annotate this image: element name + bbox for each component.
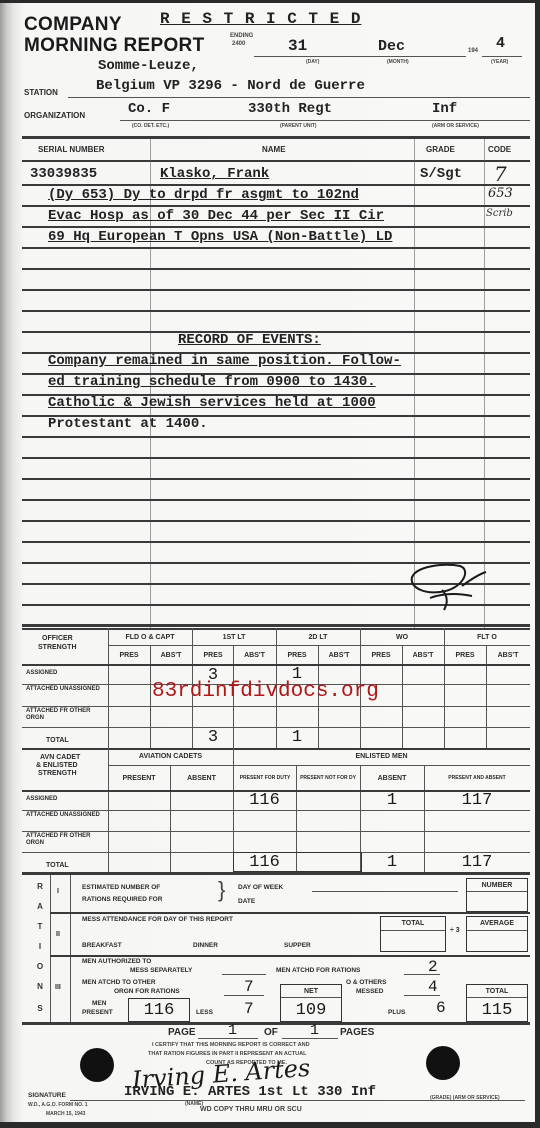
watermark: 83rdinfdivdocs.org [152, 680, 379, 703]
signer-typed-name: IRVING E. ARTES 1st Lt 330 Inf [124, 1084, 376, 1100]
sub-col-absent: ABSENT [170, 766, 233, 790]
net-label: NET [280, 985, 342, 997]
atchd-other-label-1: MEN ATCHD TO OTHER [82, 979, 156, 986]
rations-side-letter: S [34, 1004, 46, 1013]
ruled-line [22, 205, 530, 207]
ruled-line [22, 310, 530, 312]
signature-label: SIGNATURE [28, 1092, 66, 1099]
total-present-and-absent: 117 [424, 852, 530, 872]
remark-line-1: (Dy 653) Dy to drpd fr asgmt to 102nd [48, 187, 359, 203]
o-others-label-2: MESSED [356, 988, 383, 995]
organization-arm: Inf [432, 101, 457, 117]
event-line-3: Catholic & Jewish services held at 1000 [48, 395, 376, 411]
col-header-name: NAME [262, 145, 286, 154]
event-line-2: ed training schedule from 0900 to 1430. [48, 374, 376, 390]
ruled-line [22, 226, 530, 228]
divide-by-three: ÷ 3 [450, 926, 460, 935]
ruled-line [22, 289, 530, 291]
row-label-attached-unassigned: ATTACHED UNASSIGNED [26, 686, 104, 693]
group-2d-lt: 2D LT [276, 630, 360, 644]
record-of-events-heading: RECORD OF EVENTS: [178, 332, 321, 348]
code-handwritten: 7 [494, 162, 507, 186]
section-i-numeral: I [57, 888, 59, 895]
month-caption: (MONTH) [387, 59, 409, 65]
ruled-line [22, 268, 530, 270]
section-iii-numeral: III [55, 984, 61, 991]
row-label-total: TOTAL [46, 737, 69, 744]
rule [467, 930, 527, 931]
mess-total-label: TOTAL [380, 917, 446, 929]
ruled-line [22, 541, 530, 543]
rations-side-letter: I [34, 942, 46, 951]
organization-parent: 330th Regt [248, 101, 332, 117]
sub-col-pres: PRES [276, 646, 318, 664]
total-absent: 1 [360, 852, 424, 872]
distribution-note: WD COPY THRU MRU OR SCU [200, 1106, 302, 1113]
org-caption-arm: (ARM OR SERVICE) [432, 123, 479, 129]
page-number: 1 [228, 1022, 237, 1039]
ending-label-bottom: 2400 [232, 41, 245, 47]
form-title-morning-report: MORNING REPORT [24, 35, 204, 57]
atchd-for-rations-label: MEN ATCHD FOR RATIONS [276, 967, 360, 974]
day-of-week-line [312, 891, 458, 892]
rations-estimated-label-1: ESTIMATED NUMBER OF [82, 884, 160, 891]
scan-edge-right [535, 0, 540, 1128]
group-flt-o: FLT O [444, 630, 530, 644]
o-others-value: 4 [428, 978, 438, 996]
dinner-label: DINNER [193, 942, 218, 949]
group-fld-o-capt: FLD O & CAPT [108, 630, 192, 644]
initials-scribble-icon [400, 562, 490, 612]
sub-col-present-and-absent: PRESENT AND ABSENT [426, 766, 528, 790]
certify-line-1: I CERTIFY THAT THIS MORNING REPORT IS CO… [152, 1042, 310, 1048]
less-value: 7 [244, 1000, 254, 1018]
rule [22, 1022, 530, 1025]
year-underline [482, 56, 522, 57]
atchd-other-value: 7 [244, 978, 254, 996]
serial-number: 33039835 [30, 166, 97, 182]
scan-edge-top [0, 0, 540, 3]
report-year: 4 [496, 35, 505, 52]
enlisted-label-1: AVN CADET [40, 754, 80, 761]
rations-side-letter: T [34, 922, 46, 931]
rule [50, 912, 530, 914]
officer-strength-label-1: OFFICER [42, 635, 73, 642]
rule [22, 872, 530, 875]
event-line-4: Protestant at 1400. [48, 416, 208, 432]
brace-icon: } [218, 877, 225, 903]
rations-side-letter: A [34, 902, 46, 911]
year-caption: (YEAR) [491, 59, 508, 65]
sub-col-present-for-duty: PRESENT FOR DUTY [235, 766, 295, 790]
sub-col-absent-enlisted: ABSENT [360, 766, 424, 790]
assigned-present-for-duty: 116 [233, 790, 296, 810]
station-label: STATION [24, 88, 58, 97]
date-underline [254, 56, 466, 57]
row-label-attached-fr-other-orgn: ATTACHED FR OTHER ORGN [26, 708, 104, 722]
year-prefix: 194 [468, 48, 478, 54]
org-caption-unit: (CO. DET. ETC.) [132, 123, 169, 129]
sub-col-abst: ABS'T [233, 646, 276, 664]
row-label-total: TOTAL [46, 862, 69, 869]
ending-label-top: ENDING [230, 33, 253, 39]
form-id-line-1: W.D., A.G.O. FORM NO. 1 [28, 1102, 88, 1108]
average-label: AVERAGE [466, 917, 528, 929]
net-value: 109 [280, 998, 342, 1022]
signer-caption-grade: (GRADE) (ARM OR SERVICE) [430, 1095, 500, 1101]
rule [22, 831, 530, 832]
remark-line-2: Evac Hosp as of 30 Dec 44 per Sec II Cir [48, 208, 384, 224]
col-sep-code [484, 139, 485, 629]
organization-underline [120, 120, 530, 121]
of-label: OF [264, 1027, 278, 1038]
sub-col-pres: PRES [192, 646, 234, 664]
punch-hole-right [426, 1046, 460, 1080]
ruled-line [22, 436, 530, 438]
scan-edge-bottom [0, 1122, 540, 1128]
row-label-assigned: ASSIGNED [26, 796, 57, 802]
section-rule [22, 624, 530, 627]
col-header-code: CODE [488, 145, 511, 154]
atchd-for-rations-value: 2 [428, 958, 438, 976]
form-title-company: COMPANY [24, 14, 122, 36]
ruled-line [22, 247, 530, 249]
form-id-line-2: MARCH 15, 1943 [46, 1111, 85, 1117]
punch-hole-left [80, 1048, 114, 1082]
men-present-value: 116 [128, 998, 190, 1022]
ruled-line [22, 457, 530, 459]
rations-side-letter: O [34, 962, 46, 971]
station-line2: Belgium VP 3296 - Nord de Guerre [96, 78, 365, 94]
plus-value: 6 [436, 999, 446, 1017]
number-label: NUMBER [466, 879, 528, 891]
col-sep [70, 875, 71, 1023]
total-2d-lt-pres: 1 [276, 727, 318, 748]
col-sep [50, 875, 51, 1023]
rule [22, 810, 530, 811]
soldier-grade: S/Sgt [420, 166, 462, 182]
report-day: 31 [288, 37, 307, 55]
enlisted-label-3: STRENGTH [38, 770, 77, 777]
total-present-for-duty: 116 [233, 852, 296, 872]
less-label: LESS [196, 1009, 213, 1016]
day-of-week-label: DAY OF WEEK [238, 884, 283, 891]
group-enlisted-men: ENLISTED MEN [233, 749, 530, 764]
group-1st-lt: 1ST LT [192, 630, 276, 644]
enlisted-label-2: & ENLISTED [36, 762, 78, 769]
date-label: DATE [238, 898, 255, 905]
sub-col-abst: ABS'T [486, 646, 530, 664]
authorized-label-1: MEN AUTHORIZED TO [82, 958, 151, 965]
row-label-assigned: ASSIGNED [26, 670, 57, 676]
col-sep-grade [414, 139, 415, 629]
station-underline [68, 97, 530, 98]
ruled-line [22, 520, 530, 522]
men-present-label-1: MEN [92, 1000, 106, 1007]
sub-col-pres: PRES [360, 646, 402, 664]
ruled-line [22, 478, 530, 480]
classification-stamp: R E S T R I C T E D [160, 10, 361, 28]
code-handwritten-653: 653 [488, 186, 513, 201]
breakfast-label: BREAKFAST [82, 942, 122, 949]
rule [50, 955, 530, 957]
row-label-attached-unassigned: ATTACHED UNASSIGNED [26, 812, 104, 819]
page-total: 1 [310, 1022, 319, 1039]
sub-col-pres: PRES [444, 646, 486, 664]
col-header-grade: GRADE [426, 145, 455, 154]
authorized-line [222, 974, 266, 975]
rule [22, 706, 530, 707]
atchd-other-label-2: ORGN FOR RATIONS [114, 988, 180, 995]
assigned-present-and-absent: 117 [424, 790, 530, 810]
assigned-absent: 1 [360, 790, 424, 810]
table-top-rule [22, 136, 530, 139]
organization-unit: Co. F [128, 101, 170, 117]
section-ii-numeral: II [56, 931, 60, 938]
rations-side-letter: R [34, 882, 46, 891]
rations-estimated-label-2: RATIONS REQUIRED FOR [82, 896, 162, 903]
ruled-line [22, 499, 530, 501]
station-line1: Somme-Leuze, [98, 58, 199, 74]
sub-col-pres: PRES [108, 646, 150, 664]
event-line-1: Company remained in same position. Follo… [48, 353, 401, 369]
org-caption-parent: (PARENT UNIT) [280, 123, 317, 129]
report-month: Dec [378, 38, 405, 55]
sub-col-present-not-for-duty: PRESENT NOT FOR DY [298, 766, 358, 790]
rule [381, 930, 445, 931]
remark-line-3: 69 Hq European T Opns USA (Non-Battle) L… [48, 229, 392, 245]
morning-report-document: COMPANY MORNING REPORT R E S T R I C T E… [0, 0, 540, 1128]
row-label-attached-fr-other-orgn: ATTACHED FR OTHER ORGN [26, 833, 104, 847]
supper-label: SUPPER [284, 942, 311, 949]
ruled-line [22, 184, 530, 186]
group-aviation-cadets: AVIATION CADETS [108, 749, 233, 764]
mess-attendance-label: MESS ATTENDANCE FOR DAY OF THIS REPORT [82, 916, 233, 923]
plus-label: PLUS [388, 1009, 405, 1016]
soldier-name: Klasko, Frank [160, 166, 269, 182]
rations-total-value: 115 [466, 998, 528, 1022]
header-rule [22, 160, 530, 162]
page-label: PAGE [168, 1027, 196, 1038]
rations-total-label: TOTAL [466, 985, 528, 997]
day-caption: (DAY) [306, 59, 319, 65]
sub-col-abst: ABS'T [318, 646, 360, 664]
sub-col-abst: ABS'T [402, 646, 444, 664]
code-handwritten-scribble: Scrib [486, 208, 513, 219]
rations-side-letter: N [34, 982, 46, 991]
group-wo: WO [360, 630, 444, 644]
col-header-serial: SERIAL NUMBER [38, 145, 105, 154]
total-1st-lt-pres: 3 [192, 727, 234, 748]
authorized-label-2: MESS SEPARATELY [130, 967, 192, 974]
men-present-label-2: PRESENT [82, 1009, 113, 1016]
officer-strength-label-2: STRENGTH [38, 644, 77, 651]
organization-label: ORGANIZATION [24, 111, 85, 120]
sub-col-present: PRESENT [108, 766, 170, 790]
rule [467, 891, 527, 892]
sub-col-abst: ABS'T [150, 646, 192, 664]
pages-label: PAGES [340, 1027, 374, 1038]
o-others-label-1: O & OTHERS [346, 979, 386, 986]
